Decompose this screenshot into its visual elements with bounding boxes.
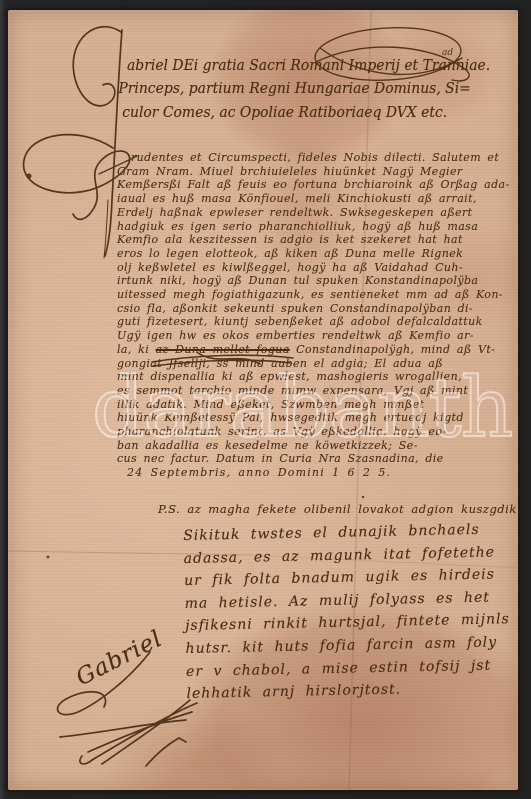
photo-stage: abriel DEi gratia Sacri Romani Imperij e…: [0, 0, 531, 799]
watermark-layer: darabanth: [0, 0, 531, 799]
watermark-text: darabanth: [92, 361, 512, 456]
